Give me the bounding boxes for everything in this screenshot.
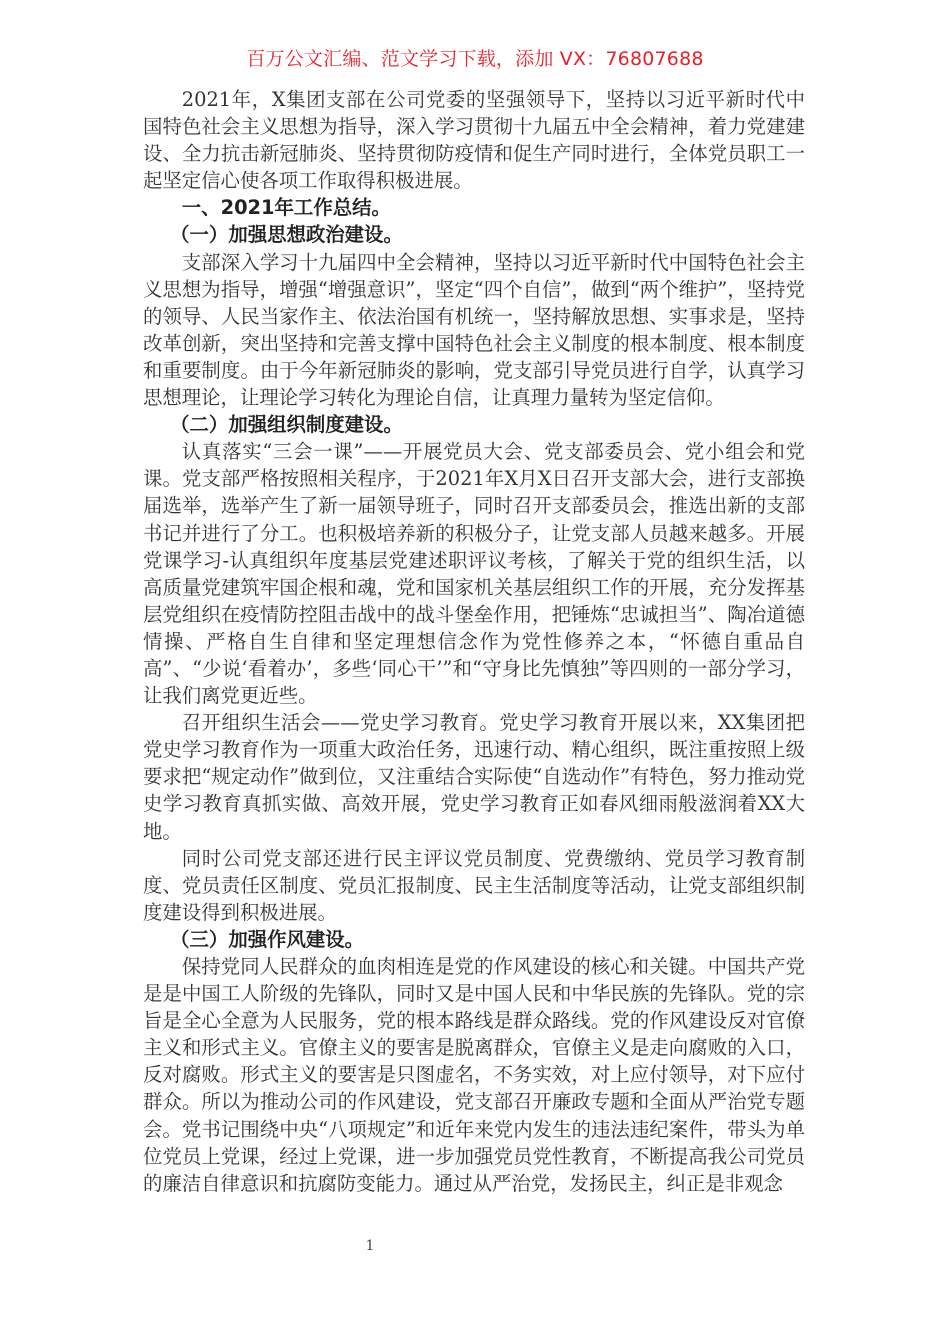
paragraph: 认真落实“三会一课”——开展党员大会、党支部委员会、党小组会和党课。党支部严格按… (143, 438, 805, 709)
paragraph: 保持党同人民群众的血肉相连是党的作风建设的核心和关键。中国共产党是是中国工人阶级… (143, 953, 805, 1197)
paragraph: 召开组织生活会——党史学习教育。党史学习教育开展以来，XX集团把党史学习教育作为… (143, 709, 805, 844)
subsection-heading-3: （三）加强作风建设。 (143, 926, 805, 953)
page-number: 1 (360, 1238, 380, 1254)
watermark-banner: 百万公文汇编、范文学习下载，添加 VX：76807688 (0, 44, 950, 74)
paragraph: 同时公司党支部还进行民主评议党员制度、党费缴纳、党员学习教育制度、党员责任区制度… (143, 845, 805, 926)
section-heading-1: 一、2021年工作总结。 (143, 194, 805, 221)
subsection-heading-2: （二）加强组织制度建设。 (143, 411, 805, 438)
subsection-heading-1: （一）加强思想政治建设。 (143, 221, 805, 248)
document-page: 百万公文汇编、范文学习下载，添加 VX：76807688 2021年，X集团支部… (0, 0, 950, 1344)
document-body: 2021年，X集团支部在公司党委的坚强领导下，坚持以习近平新时代中国特色社会主义… (143, 86, 805, 1197)
paragraph: 支部深入学习十九届四中全会精神，坚持以习近平新时代中国特色社会主义思想为指导，增… (143, 249, 805, 412)
intro-paragraph: 2021年，X集团支部在公司党委的坚强领导下，坚持以习近平新时代中国特色社会主义… (143, 86, 805, 194)
